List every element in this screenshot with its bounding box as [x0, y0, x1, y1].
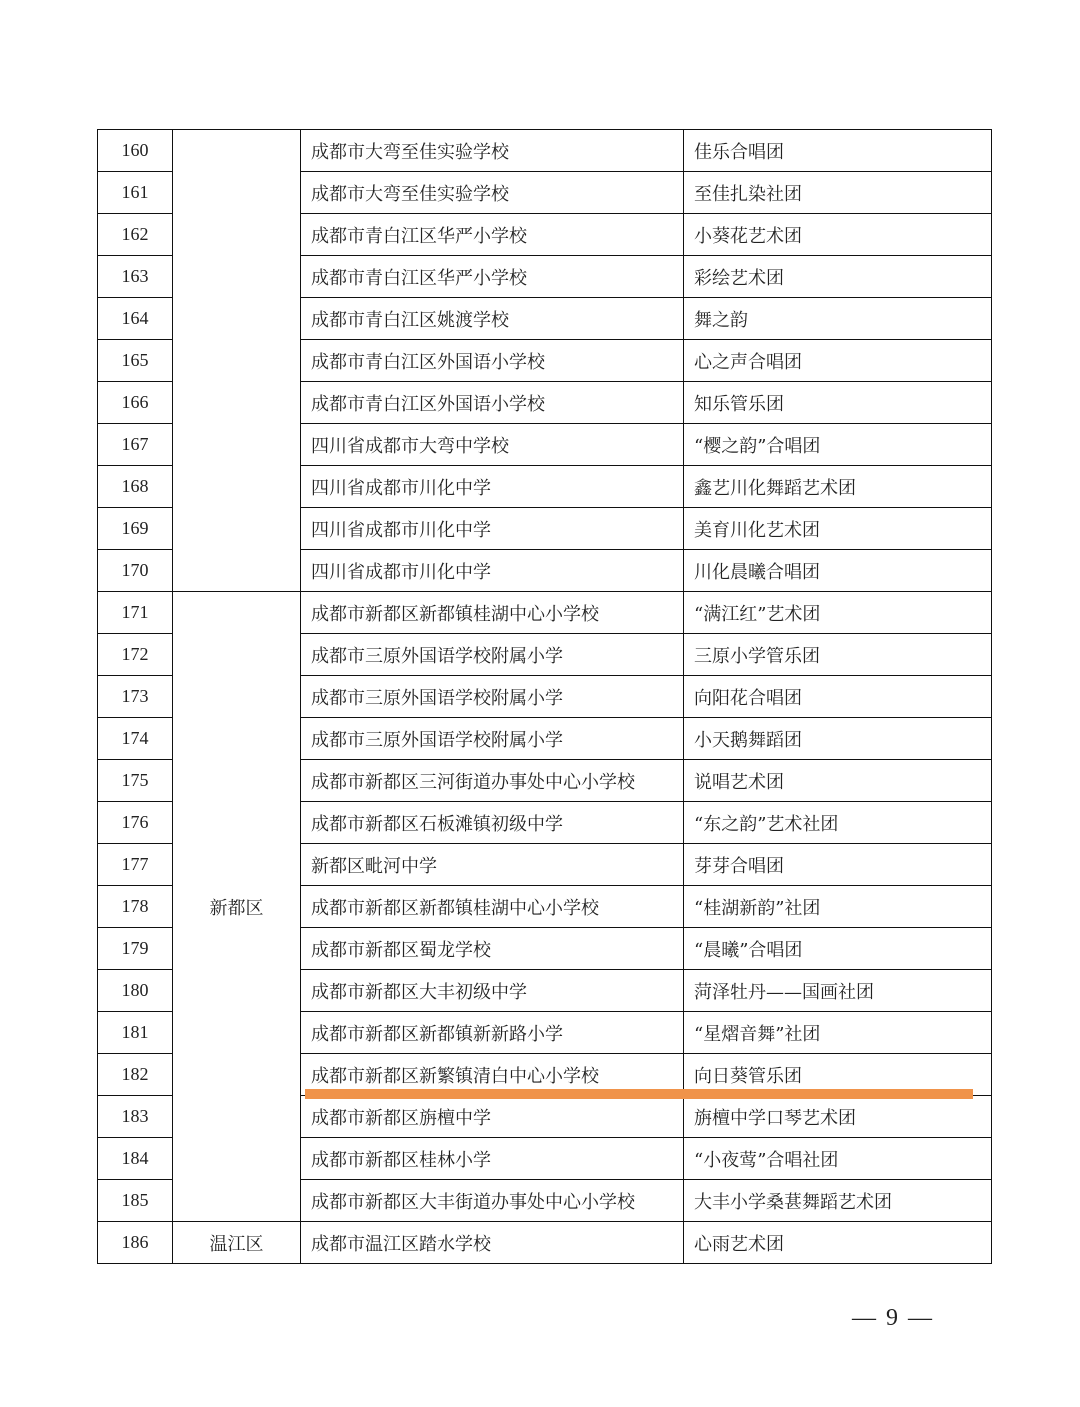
school-name: 成都市新都区大丰街道办事处中心小学校	[301, 1180, 684, 1222]
school-name: 成都市青白江区姚渡学校	[301, 298, 684, 340]
club-name: “星熠音舞”社团	[684, 1012, 992, 1054]
district-cell: 新都区	[173, 592, 301, 1222]
table-row: 186温江区成都市温江区踏水学校心雨艺术团	[98, 1222, 992, 1264]
row-number: 171	[98, 592, 173, 634]
club-name: 鑫艺川化舞蹈艺术团	[684, 466, 992, 508]
club-name: “晨曦”合唱团	[684, 928, 992, 970]
row-number: 177	[98, 844, 173, 886]
club-name: “满江红”艺术团	[684, 592, 992, 634]
club-name: “桂湖新韵”社团	[684, 886, 992, 928]
school-name: 成都市青白江区华严小学校	[301, 256, 684, 298]
school-name: 成都市新都区三河街道办事处中心小学校	[301, 760, 684, 802]
row-number: 174	[98, 718, 173, 760]
district-cell	[173, 130, 301, 592]
school-name: 成都市新都区大丰初级中学	[301, 970, 684, 1012]
school-name: 成都市三原外国语学校附属小学	[301, 676, 684, 718]
club-name: 大丰小学桑葚舞蹈艺术团	[684, 1180, 992, 1222]
row-number: 185	[98, 1180, 173, 1222]
school-name: 四川省成都市川化中学	[301, 550, 684, 592]
school-name: 成都市三原外国语学校附属小学	[301, 718, 684, 760]
row-number: 179	[98, 928, 173, 970]
row-number: 176	[98, 802, 173, 844]
row-number: 167	[98, 424, 173, 466]
row-number: 161	[98, 172, 173, 214]
club-name: 心之声合唱团	[684, 340, 992, 382]
row-number: 162	[98, 214, 173, 256]
row-number: 182	[98, 1054, 173, 1096]
school-name: 成都市新都区桂林小学	[301, 1138, 684, 1180]
club-name: 三原小学管乐团	[684, 634, 992, 676]
school-name: 成都市新都区石板滩镇初级中学	[301, 802, 684, 844]
school-name: 成都市新都区新都镇新新路小学	[301, 1012, 684, 1054]
row-number: 168	[98, 466, 173, 508]
school-name: 成都市新都区新都镇桂湖中心小学校	[301, 592, 684, 634]
school-name: 成都市温江区踏水学校	[301, 1222, 684, 1264]
table-row: 171新都区成都市新都区新都镇桂湖中心小学校“满江红”艺术团	[98, 592, 992, 634]
row-number: 183	[98, 1096, 173, 1138]
club-name: 菏泽牡丹——国画社团	[684, 970, 992, 1012]
school-name: 成都市三原外国语学校附属小学	[301, 634, 684, 676]
school-name: 成都市青白江区外国语小学校	[301, 340, 684, 382]
club-name: 芽芽合唱团	[684, 844, 992, 886]
row-number: 172	[98, 634, 173, 676]
row-number: 163	[98, 256, 173, 298]
row-number: 178	[98, 886, 173, 928]
table-row: 160成都市大弯至佳实验学校佳乐合唱团	[98, 130, 992, 172]
school-name: 成都市大弯至佳实验学校	[301, 172, 684, 214]
school-name: 成都市新都区蜀龙学校	[301, 928, 684, 970]
row-number: 165	[98, 340, 173, 382]
row-number: 184	[98, 1138, 173, 1180]
club-name: 彩绘艺术团	[684, 256, 992, 298]
school-name: 成都市青白江区外国语小学校	[301, 382, 684, 424]
club-name: 向阳花合唱团	[684, 676, 992, 718]
row-number: 170	[98, 550, 173, 592]
club-name: 说唱艺术团	[684, 760, 992, 802]
school-name: 成都市青白江区华严小学校	[301, 214, 684, 256]
club-name: 川化晨曦合唱团	[684, 550, 992, 592]
row-number: 186	[98, 1222, 173, 1264]
school-name: 成都市新都区旃檀中学	[301, 1096, 684, 1138]
school-name: 成都市新都区新都镇桂湖中心小学校	[301, 886, 684, 928]
orange-highlight-mark	[305, 1089, 973, 1099]
school-name: 成都市大弯至佳实验学校	[301, 130, 684, 172]
club-name: 至佳扎染社团	[684, 172, 992, 214]
row-number: 175	[98, 760, 173, 802]
club-name: “樱之韵”合唱团	[684, 424, 992, 466]
row-number: 173	[98, 676, 173, 718]
club-name: 知乐管乐团	[684, 382, 992, 424]
club-name: 美育川化艺术团	[684, 508, 992, 550]
row-number: 180	[98, 970, 173, 1012]
page-number: — 9 —	[852, 1305, 934, 1332]
club-name: 小天鹅舞蹈团	[684, 718, 992, 760]
district-cell: 温江区	[173, 1222, 301, 1264]
club-name: 小葵花艺术团	[684, 214, 992, 256]
club-name: 舞之韵	[684, 298, 992, 340]
school-name: 四川省成都市川化中学	[301, 508, 684, 550]
row-number: 160	[98, 130, 173, 172]
school-name: 四川省成都市大弯中学校	[301, 424, 684, 466]
school-name: 新都区毗河中学	[301, 844, 684, 886]
school-name: 四川省成都市川化中学	[301, 466, 684, 508]
club-name: 心雨艺术团	[684, 1222, 992, 1264]
row-number: 181	[98, 1012, 173, 1054]
row-number: 164	[98, 298, 173, 340]
row-number: 166	[98, 382, 173, 424]
row-number: 169	[98, 508, 173, 550]
club-name: 佳乐合唱团	[684, 130, 992, 172]
club-name: “小夜莺”合唱社团	[684, 1138, 992, 1180]
club-name: 旃檀中学口琴艺术团	[684, 1096, 992, 1138]
club-name: “东之韵”艺术社团	[684, 802, 992, 844]
